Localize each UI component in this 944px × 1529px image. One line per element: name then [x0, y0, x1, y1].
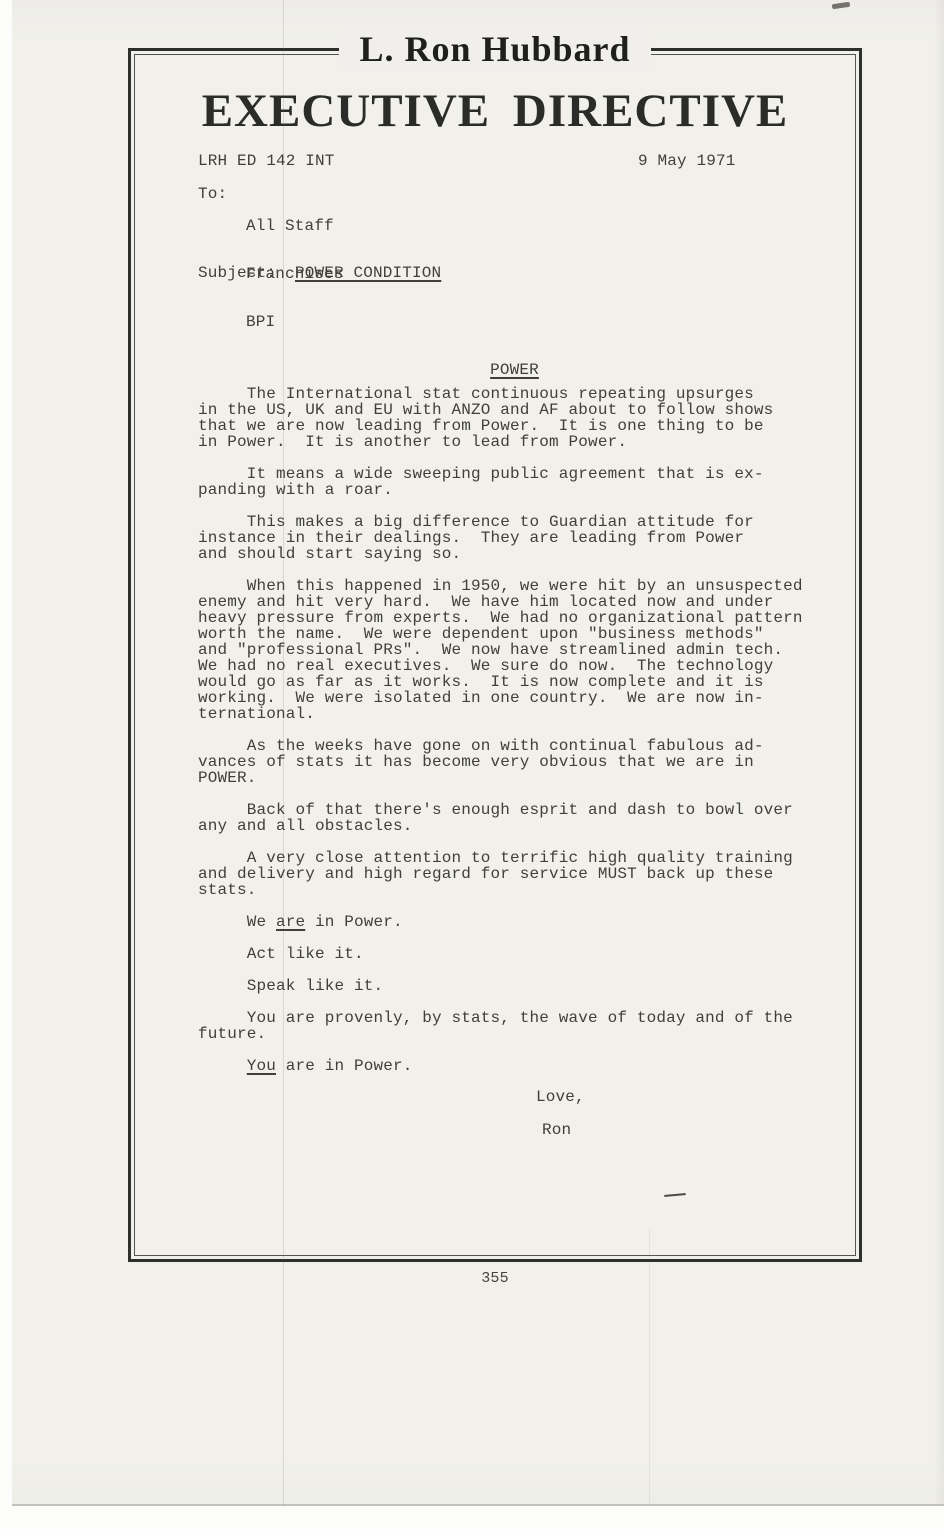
- text-line: We are in Power.: [198, 914, 848, 930]
- text-line: We had no real executives. We sure do no…: [198, 658, 848, 674]
- paper-crease-line: [649, 1230, 650, 1506]
- text-line: in Power. It is another to lead from Pow…: [198, 434, 848, 450]
- text-line: instance in their dealings. They are lea…: [198, 530, 848, 546]
- text-line: A very close attention to terrific high …: [198, 850, 848, 866]
- text-line: When this happened in 1950, we were hit …: [198, 578, 848, 594]
- paragraph: Act like it.: [198, 946, 848, 962]
- subject-label: Subject:: [198, 265, 276, 281]
- text-line: panding with a roar.: [198, 482, 848, 498]
- paragraph: This makes a big difference to Guardian …: [198, 514, 848, 562]
- paper-fold-line: [283, 0, 284, 1506]
- recipient-item: All Staff: [246, 218, 344, 234]
- paragraph: You are in Power.: [198, 1058, 848, 1074]
- text-line: and delivery and high regard for service…: [198, 866, 848, 882]
- section-heading-text: POWER: [490, 361, 539, 379]
- text-line: ternational.: [198, 706, 848, 722]
- paragraph: We are in Power.: [198, 914, 848, 930]
- paragraph: Speak like it.: [198, 978, 848, 994]
- text-line: You are in Power.: [198, 1058, 848, 1074]
- issue-reference: LRH ED 142 INT: [198, 153, 335, 169]
- to-label: To:: [198, 186, 227, 202]
- paragraph: It means a wide sweeping public agreemen…: [198, 466, 848, 498]
- text-line: future.: [198, 1026, 848, 1042]
- text-line: that we are now leading from Power. It i…: [198, 418, 848, 434]
- text-line: Act like it.: [198, 946, 848, 962]
- text-line: This makes a big difference to Guardian …: [198, 514, 848, 530]
- text-line: heavy pressure from experts. We had no o…: [198, 610, 848, 626]
- text-line: POWER.: [198, 770, 848, 786]
- signature: Ron: [542, 1122, 571, 1138]
- text-line: stats.: [198, 882, 848, 898]
- text-line: As the weeks have gone on with continual…: [198, 738, 848, 754]
- page-number: 355: [128, 1271, 862, 1287]
- valediction: Love,: [536, 1089, 585, 1105]
- recipient-item: BPI: [246, 314, 344, 330]
- paragraph: Back of that there's enough esprit and d…: [198, 802, 848, 834]
- text-line: in the US, UK and EU with ANZO and AF ab…: [198, 402, 848, 418]
- ink-smudge-artifact: [832, 2, 851, 9]
- paragraph: As the weeks have gone on with continual…: [198, 738, 848, 786]
- issue-date: 9 May 1971: [638, 153, 736, 169]
- text-line: You are provenly, by stats, the wave of …: [198, 1010, 848, 1026]
- text-line: Back of that there's enough esprit and d…: [198, 802, 848, 818]
- text-line: and should start saying so.: [198, 546, 848, 562]
- text-line: and "professional PRs". We now have stre…: [198, 642, 848, 658]
- text-line: any and all obstacles.: [198, 818, 848, 834]
- text-line: enemy and hit very hard. We have him loc…: [198, 594, 848, 610]
- author-name: L. Ron Hubbard: [339, 27, 650, 71]
- text-line: The International stat continuous repeat…: [198, 386, 848, 402]
- scanned-page: L. Ron Hubbard EXECUTIVE DIRECTIVE LRH E…: [12, 0, 944, 1506]
- masthead-author: L. Ron Hubbard: [128, 27, 862, 71]
- text-line: It means a wide sweeping public agreemen…: [198, 466, 848, 482]
- text-line: working. We were isolated in one country…: [198, 690, 848, 706]
- body: The International stat continuous repeat…: [198, 386, 848, 1090]
- paragraph: You are provenly, by stats, the wave of …: [198, 1010, 848, 1042]
- paragraph: When this happened in 1950, we were hit …: [198, 578, 848, 722]
- document-title: EXECUTIVE DIRECTIVE: [128, 84, 862, 138]
- paragraph: The International stat continuous repeat…: [198, 386, 848, 450]
- text-line: vances of stats it has become very obvio…: [198, 754, 848, 770]
- text-line: Speak like it.: [198, 978, 848, 994]
- text-line: would go as far as it works. It is now c…: [198, 674, 848, 690]
- subject-value: POWER CONDITION: [295, 265, 441, 281]
- text-line: worth the name. We were dependent upon "…: [198, 626, 848, 642]
- paragraph: A very close attention to terrific high …: [198, 850, 848, 898]
